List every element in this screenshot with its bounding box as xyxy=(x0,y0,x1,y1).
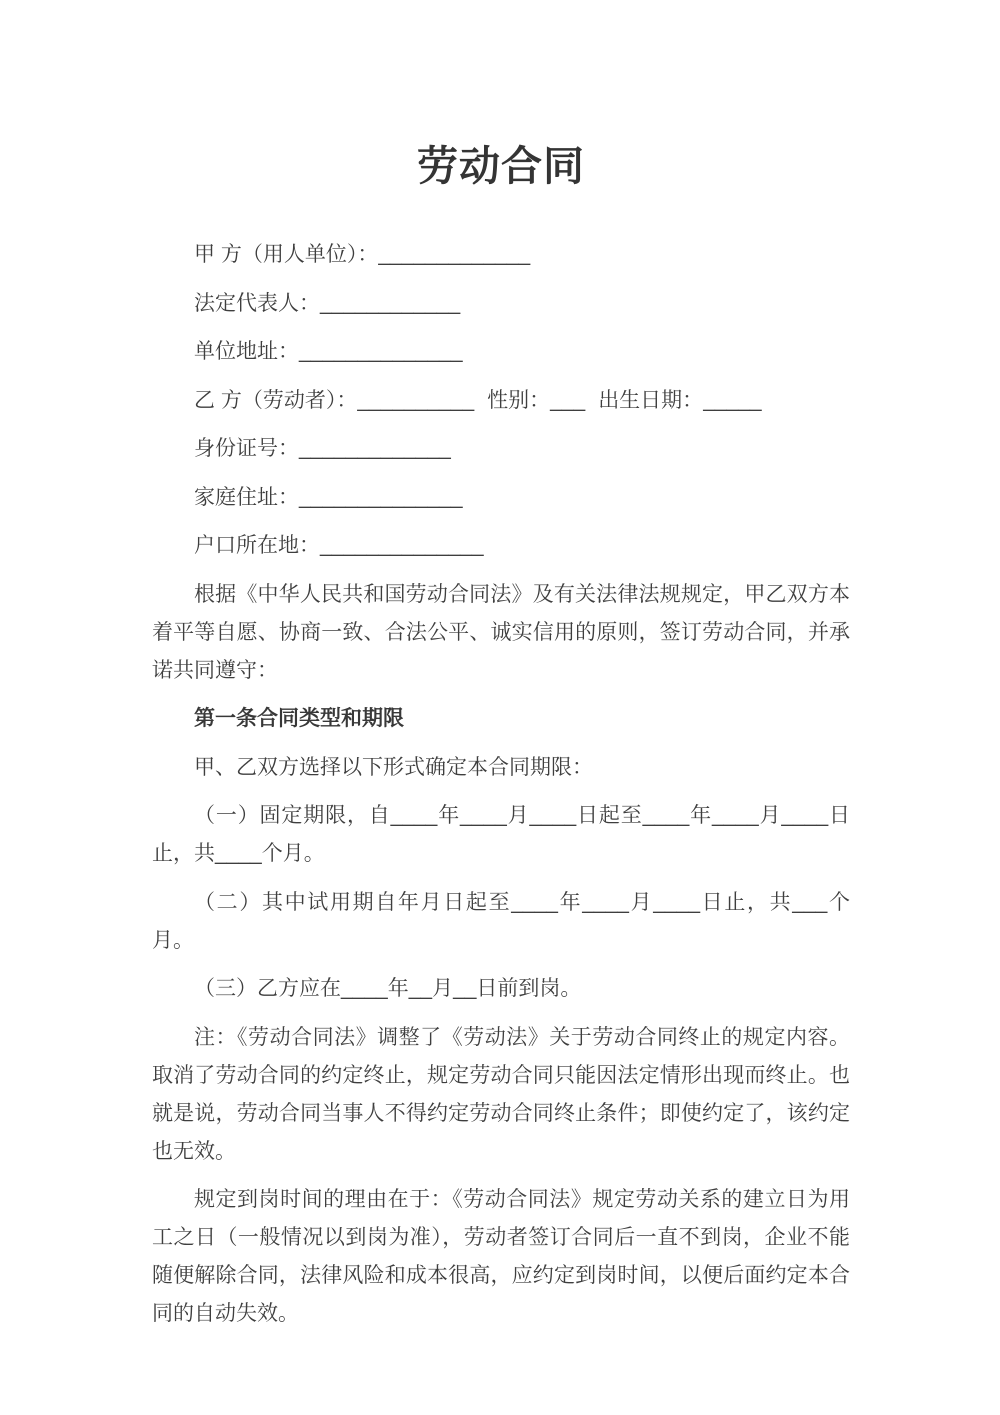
birth-date-blank: _____ xyxy=(703,389,761,412)
household-registration-blank: ______________ xyxy=(320,534,484,557)
gender-label: 性别： xyxy=(487,389,550,412)
field-row-home-address: 家庭住址：______________ xyxy=(152,479,850,517)
contract-document: 劳动合同 甲 方（用人单位）：_____________ 法定代表人：_____… xyxy=(0,0,1000,1415)
field-row-company-address: 单位地址：______________ xyxy=(152,333,850,371)
party-a-label: 甲 方（用人单位）： xyxy=(194,243,378,266)
party-b-blank: __________ xyxy=(357,389,474,412)
id-number-blank: _____________ xyxy=(299,437,451,460)
article1-item-probation: （二）其中试用期自年月日起至____年____月____日止，共___个月。 xyxy=(152,884,850,960)
home-address-blank: ______________ xyxy=(299,486,463,509)
party-a-blank: _____________ xyxy=(378,243,530,266)
company-address-label: 单位地址： xyxy=(194,340,299,363)
field-row-id-number: 身份证号：_____________ xyxy=(152,430,850,468)
contract-title: 劳动合同 xyxy=(152,138,850,194)
gender-blank: ___ xyxy=(550,389,585,412)
article1-item-fixed-term: （一）固定期限，自____年____月____日起至____年____月____… xyxy=(152,797,850,873)
field-row-party-b: 乙 方（劳动者）：__________性别：___出生日期：_____ xyxy=(152,382,850,420)
article1-item-arrival: （三）乙方应在____年__月__日前到岗。 xyxy=(152,970,850,1008)
party-b-label: 乙 方（劳动者）： xyxy=(194,389,357,412)
household-registration-label: 户口所在地： xyxy=(194,534,320,557)
company-address-blank: ______________ xyxy=(299,340,463,363)
field-row-party-a: 甲 方（用人单位）：_____________ xyxy=(152,236,850,274)
field-row-household-registration: 户口所在地：______________ xyxy=(152,527,850,565)
article1-note: 注：《劳动合同法》调整了《劳动法》关于劳动合同终止的规定内容。取消了劳动合同的约… xyxy=(152,1019,850,1171)
article1-heading: 第一条合同类型和期限 xyxy=(152,700,850,738)
home-address-label: 家庭住址： xyxy=(194,486,299,509)
field-row-legal-rep: 法定代表人：____________ xyxy=(152,285,850,323)
article1-reason: 规定到岗时间的理由在于：《劳动合同法》规定劳动关系的建立日为用工之日（一般情况以… xyxy=(152,1181,850,1333)
id-number-label: 身份证号： xyxy=(194,437,299,460)
preamble-paragraph: 根据《中华人民共和国劳动合同法》及有关法律法规规定，甲乙双方本着平等自愿、协商一… xyxy=(152,576,850,690)
article1-intro: 甲、乙双方选择以下形式确定本合同期限： xyxy=(152,749,850,787)
birth-date-label: 出生日期： xyxy=(598,389,703,412)
legal-rep-blank: ____________ xyxy=(320,292,460,315)
legal-rep-label: 法定代表人： xyxy=(194,292,320,315)
